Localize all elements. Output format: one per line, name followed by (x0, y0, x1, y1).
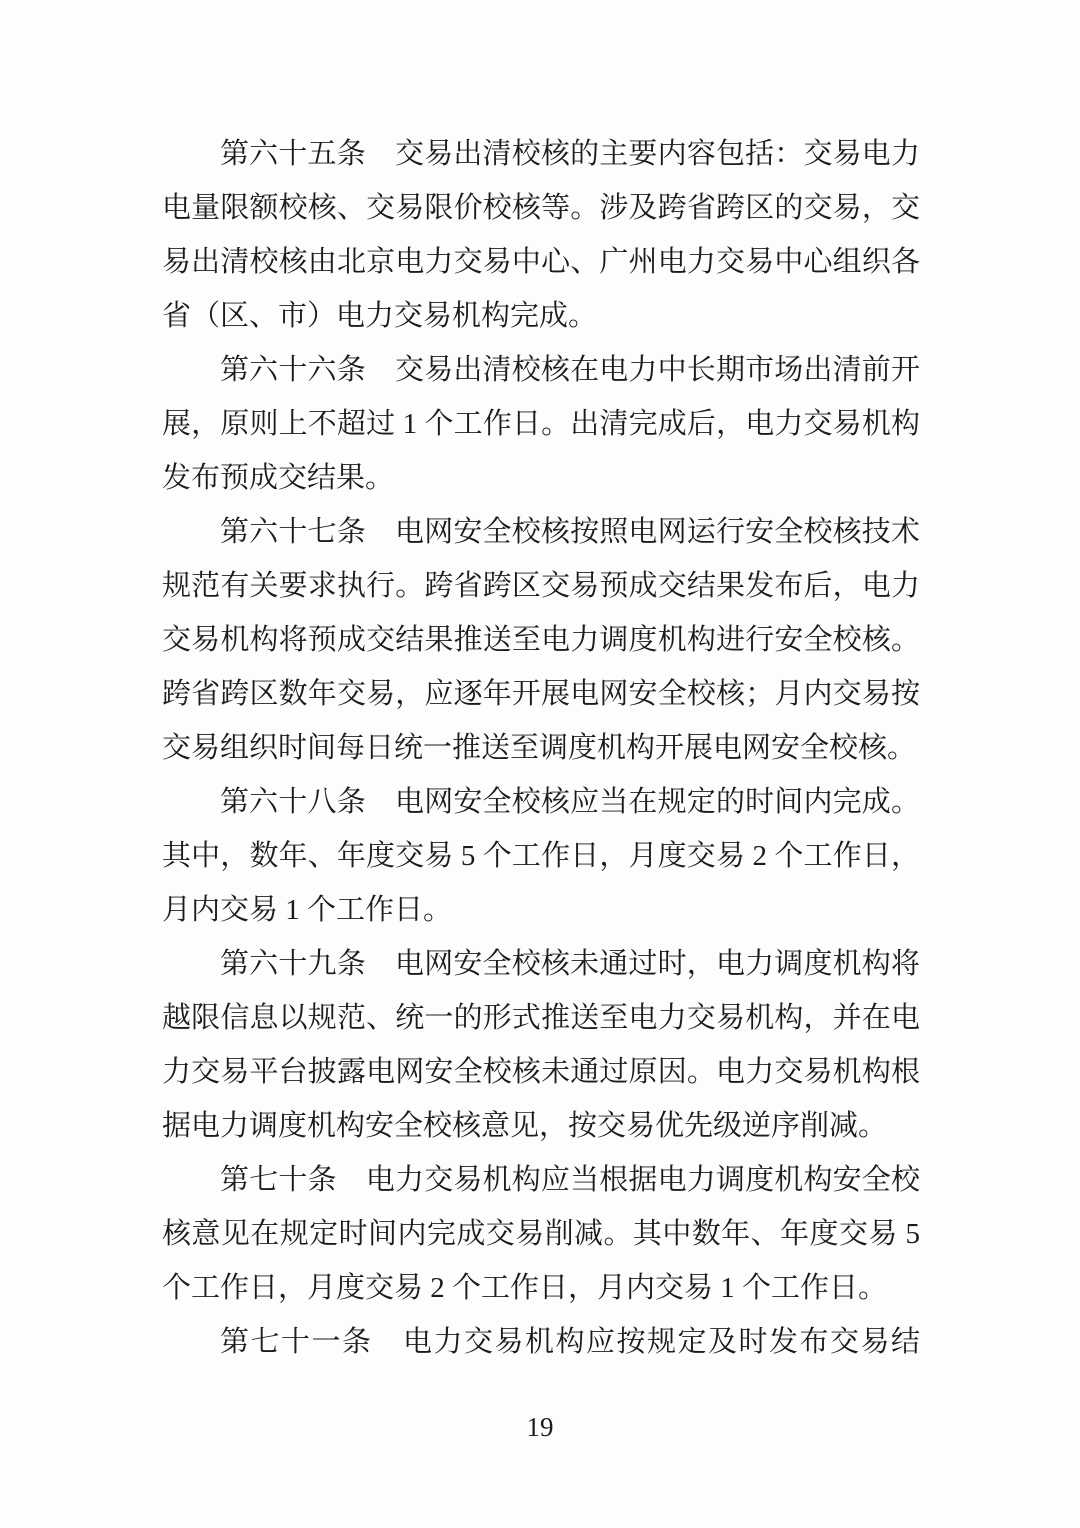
article-70-paragraph: 第七十条 电力交易机构应当根据电力调度机构安全校核意见在规定时间内完成交易削减。… (162, 1153, 920, 1315)
article-67-paragraph: 第六十七条 电网安全校核按照电网运行安全校核技术规范有关要求执行。跨省跨区交易预… (162, 505, 920, 775)
article-66-paragraph: 第六十六条 交易出清校核在电力中长期市场出清前开展，原则上不超过 1 个工作日。… (162, 343, 920, 505)
article-68-paragraph: 第六十八条 电网安全校核应当在规定的时间内完成。其中，数年、年度交易 5 个工作… (162, 775, 920, 937)
document-page: 第六十五条 交易出清校核的主要内容包括：交易电力电量限额校核、交易限价校核等。涉… (0, 0, 1080, 1528)
article-65-paragraph: 第六十五条 交易出清校核的主要内容包括：交易电力电量限额校核、交易限价校核等。涉… (162, 127, 920, 343)
article-69-paragraph: 第六十九条 电网安全校核未通过时，电力调度机构将越限信息以规范、统一的形式推送至… (162, 937, 920, 1153)
document-content: 第六十五条 交易出清校核的主要内容包括：交易电力电量限额校核、交易限价校核等。涉… (162, 127, 920, 1369)
page-number: 19 (0, 1412, 1080, 1443)
article-71-paragraph: 第七十一条 电力交易机构应按规定及时发布交易结 (162, 1315, 920, 1369)
